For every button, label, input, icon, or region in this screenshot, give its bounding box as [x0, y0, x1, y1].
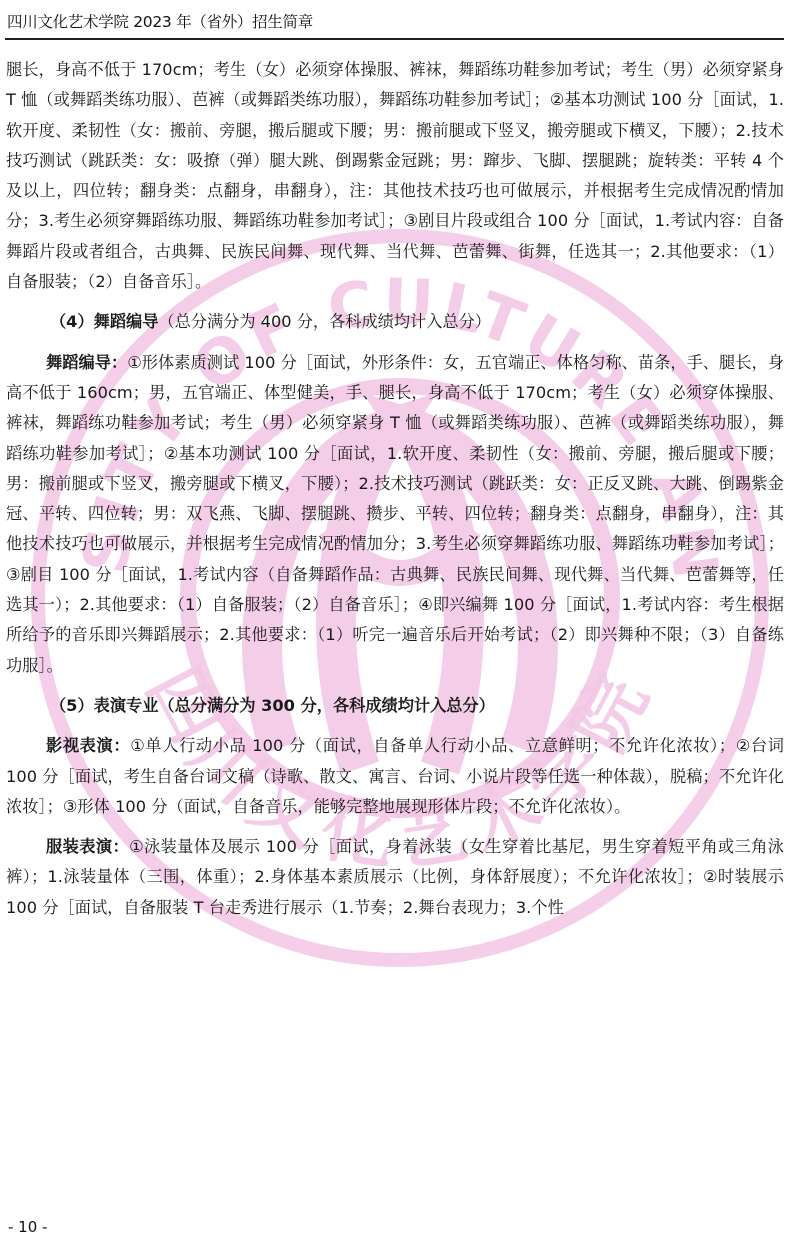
section-heading-performance: （5）表演专业（总分满分为 300 分，各科成绩均计入总分） — [6, 691, 784, 721]
section-title: 舞蹈编导 — [94, 312, 159, 331]
document-body: 腿长，身高不低于 170cm；考生（女）必须穿体操服、裤袜，舞蹈练功鞋参加考试；… — [6, 55, 784, 923]
page-header: 四川文化艺术学院 2023 年（省外）招生简章 — [5, 6, 784, 40]
section-note: （总分满分为 400 分，各科成绩均计入总分） — [158, 312, 491, 331]
paragraph-fashion-modeling: 服装表演：①泳装量体及展示 100 分［面试，身着泳装（女生穿着比基尼，男生穿着… — [6, 832, 784, 923]
page-number: - 10 - — [8, 1218, 47, 1236]
paragraph-text: ①形体素质测试 100 分［面试，外形条件：女，五官端正、体格匀称、苗条，手、腿… — [6, 353, 784, 675]
paragraph-label: 影视表演： — [46, 736, 130, 755]
paragraph-film-acting: 影视表演：①单人行动小品 100 分（面试，自备单人行动小品、立意鲜明；不允许化… — [6, 731, 784, 822]
document-title: 四川文化艺术学院 2023 年（省外）招生简章 — [7, 10, 313, 32]
paragraph-dance-choreography: 舞蹈编导：①形体素质测试 100 分［面试，外形条件：女，五官端正、体格匀称、苗… — [6, 348, 784, 681]
section-heading-dance-choreography: （4）舞蹈编导（总分满分为 400 分，各科成绩均计入总分） — [6, 307, 784, 337]
paragraph-label: 舞蹈编导： — [46, 353, 127, 372]
paragraph-label: 服装表演： — [46, 837, 129, 856]
paragraph-dance-performance-continued: 腿长，身高不低于 170cm；考生（女）必须穿体操服、裤袜，舞蹈练功鞋参加考试；… — [6, 55, 784, 297]
section-number: （4） — [50, 312, 94, 331]
